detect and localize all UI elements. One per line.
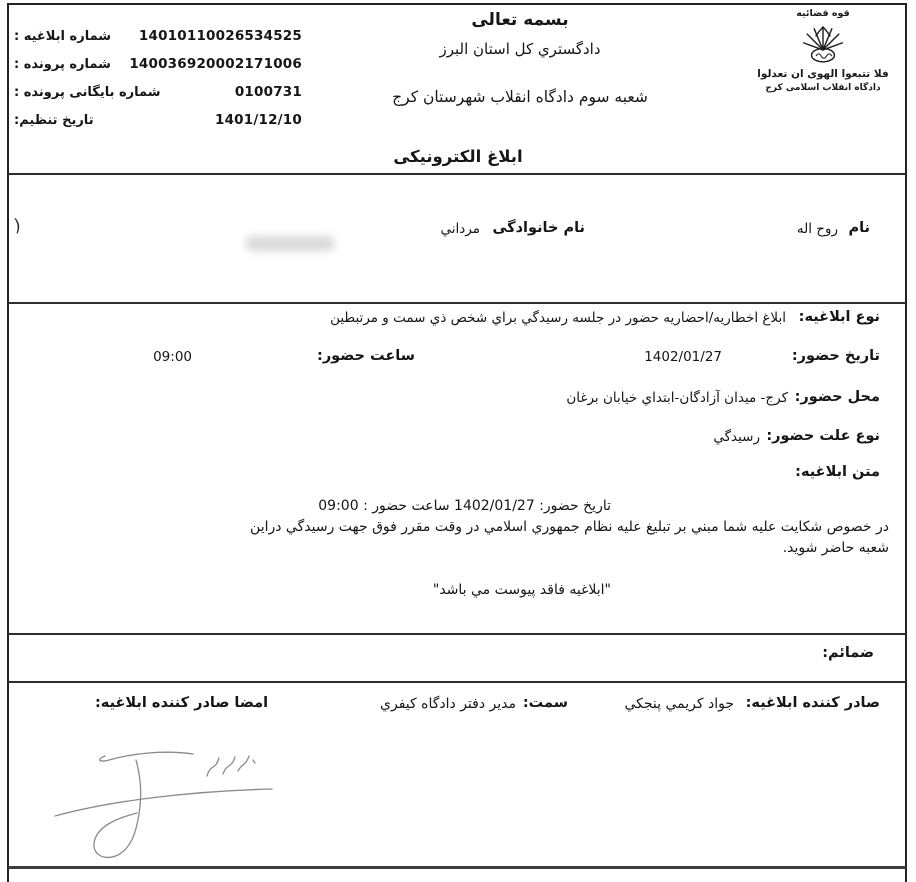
attendance-date-value: 1402/01/27	[644, 349, 722, 366]
archive-number-value: 0100731	[235, 84, 302, 100]
divider-attachments-bottom	[8, 681, 906, 683]
position-label: سمت:	[523, 694, 568, 712]
reason-label: نوع علت حضور:	[766, 427, 880, 445]
position-value: مدیر دفتر دادگاه کیفري	[380, 696, 516, 714]
last-name-value: مرداني	[441, 221, 480, 238]
issuer-label: صادر کننده ابلاغیه:	[746, 694, 880, 712]
judiciary-court-text: دادگاه انقلاب اسلامی کرج	[748, 83, 898, 93]
document-title: ابلاغ الکترونیکی	[0, 147, 916, 166]
first-name-value: روح اله	[797, 221, 838, 238]
reason-value: رسیدگي	[713, 429, 760, 446]
body-no-attachment-note: "ابلاغیه فاقد پیوست مي باشد"	[26, 580, 889, 601]
body-line-charge: در خصوص شکایت علیه شما مبني بر تبلیغ علی…	[26, 517, 889, 538]
location-label: محل حضور:	[795, 388, 880, 406]
location-value: کرج- میدان آزادگان-ابتداي خیابان برغان	[566, 390, 788, 407]
prepared-date-value: 1401/12/10	[215, 112, 302, 128]
meta-row-prepared-date: 1401/12/10 تاریخ تنظیم:	[14, 106, 302, 134]
notice-body-label: متن ابلاغیه:	[795, 463, 880, 481]
issuer-signature-label: امضا صادر کننده ابلاغیه:	[95, 694, 268, 712]
first-name-label: نام	[848, 219, 870, 237]
header-center-block: بسمه تعالی دادگستري کل استان البرز شعبه …	[310, 10, 730, 106]
notice-type-value: ابلاغ اخطاریه/احضاریه حضور در جلسه رسیدگ…	[330, 310, 786, 327]
last-name-label: نام خانوادگی	[492, 219, 585, 237]
divider-under-title	[8, 173, 906, 175]
meta-row-archive-number: 0100731 شماره بایگانی پرونده :	[14, 78, 302, 106]
notice-number-value: 14010110026534525	[139, 28, 302, 44]
judiciary-authority-text: قوه قضائیه	[748, 8, 898, 19]
basmala-text: بسمه تعالی	[310, 10, 730, 30]
judiciary-motto-text: فلا تتبعوا الهوی ان تعدلوا	[748, 68, 898, 80]
notice-body-text: تاریخ حضور: 1402/01/27 ساعت حضور : 09:00…	[26, 496, 889, 601]
divider-bottom	[8, 866, 906, 869]
case-number-label: شماره پرونده :	[14, 57, 111, 72]
body-line-datetime: تاریخ حضور: 1402/01/27 ساعت حضور : 09:00	[26, 496, 889, 517]
judiciary-emblem-icon	[748, 20, 898, 68]
justice-org-title: دادگستري کل استان البرز	[310, 40, 730, 58]
meta-row-notice-number: 14010110026534525 شماره ابلاغیه :	[14, 22, 302, 50]
header-meta-block: 14010110026534525 شماره ابلاغیه : 140036…	[14, 22, 302, 134]
handwritten-signature	[35, 732, 280, 864]
divider-attachments-top	[8, 633, 906, 635]
court-branch-title: شعبه سوم دادگاه انقلاب شهرستان کرج	[310, 88, 730, 106]
archive-number-label: شماره بایگانی پرونده :	[14, 85, 161, 100]
case-number-value: 140036920002171006	[129, 56, 302, 72]
judiciary-logo-block: قوه قضائیه فلا تتبعوا الهوی ان تعدلوا	[748, 8, 898, 93]
faint-smudge	[245, 236, 335, 251]
notice-type-label: نوع ابلاغیه:	[799, 308, 880, 326]
stray-pen-mark: (	[13, 216, 22, 237]
electronic-notice-document: 14010110026534525 شماره ابلاغیه : 140036…	[0, 0, 916, 882]
notice-number-label: شماره ابلاغیه :	[14, 29, 111, 44]
issuer-name: جواد کریمي پنجکي	[624, 696, 734, 714]
attendance-date-label: تاریخ حضور:	[792, 347, 880, 365]
divider-under-name	[8, 302, 906, 304]
meta-row-case-number: 140036920002171006 شماره پرونده :	[14, 50, 302, 78]
attendance-time-label: ساعت حضور:	[317, 347, 415, 365]
attendance-time-value: 09:00	[153, 349, 192, 366]
prepared-date-label: تاریخ تنظیم:	[14, 113, 94, 128]
body-line-charge-cont: شعبه حاضر شوید.	[26, 538, 889, 559]
attachments-label: ضمائم:	[822, 644, 874, 662]
